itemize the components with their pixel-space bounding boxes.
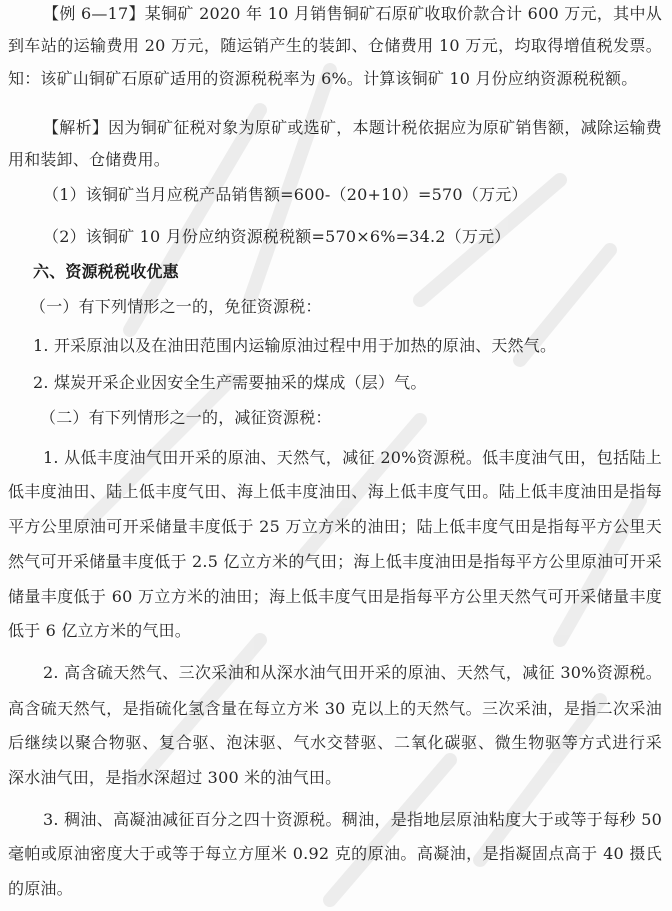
example-line: 到车站的运输费用 20 万元，随运销产生的装卸、仓储费用 10 万元，均取得增值… bbox=[8, 35, 662, 57]
exempt-heading: （一）有下列情形之一的，免征资源税： bbox=[30, 296, 322, 318]
section-title: 六、资源税税收优惠 bbox=[33, 261, 179, 283]
reduced-item-line: 储量丰度低于 60 万立方米的油田；海上低丰度气田是指每平方公里天然气可开采储量… bbox=[8, 586, 662, 608]
reduced-item-line: 3. 稠油、高凝油减征百分之四十资源税。稠油，是指地层原油粘度大于或等于每秒 5… bbox=[43, 809, 662, 831]
reduced-item-line: 毫帕或原油密度大于或等于每立方厘米 0.92 克的原油。高凝油，是指凝固点高于 … bbox=[8, 843, 662, 865]
reduced-item-line: 高含硫天然气，是指硫化氢含量在每立方米 30 克以上的天然气。三次采油，是指二次… bbox=[8, 698, 662, 720]
calculation-step: （2）该铜矿 10 月份应纳资源税税额=570×6%=34.2（万元） bbox=[43, 226, 510, 248]
calculation-step: （1）该铜矿当月应税产品销售额=600-（20+10）=570（万元） bbox=[43, 184, 528, 206]
document-page: 【例 6—17】某铜矿 2020 年 10 月销售铜矿石原矿收取价款合计 600… bbox=[0, 0, 672, 911]
reduced-item-line: 低丰度油田、陆上低丰度气田、海上低丰度油田、海上低丰度气田。陆上低丰度油田是指每 bbox=[8, 481, 662, 503]
reduced-item-line: 1. 从低丰度油气田开采的原油、天然气，减征 20%资源税。低丰度油气田，包括陆… bbox=[43, 447, 662, 469]
exempt-item: 2. 煤炭开采企业因安全生产需要抽采的煤成（层）气。 bbox=[33, 372, 427, 394]
example-line: 知：该矿山铜矿石原矿适用的资源税税率为 6%。计算该铜矿 10 月份应纳资源税税… bbox=[8, 68, 637, 90]
reduced-item-line: 2. 高含硫天然气、三次采油和从深水油气田开采的原油、天然气，减征 30%资源税… bbox=[43, 662, 662, 684]
reduced-item-line: 然气可开采储量丰度低于 2.5 亿立方米的气田；海上低丰度油田是指每平方公里原油… bbox=[8, 551, 662, 573]
reduced-item-line: 后继续以聚合物驱、复合驱、泡沫驱、气水交替驱、二氧化碳驱、微生物驱等方式进行采油… bbox=[8, 732, 662, 754]
reduced-item-line: 平方公里原油可开采储量丰度低于 25 万立方米的油田；陆上低丰度气田是指每平方公… bbox=[8, 516, 662, 538]
reduced-item-line: 的原油。 bbox=[8, 878, 73, 900]
example-line: 【例 6—17】某铜矿 2020 年 10 月销售铜矿石原矿收取价款合计 600… bbox=[43, 3, 662, 25]
reduced-item-line: 低于 6 亿立方米的气田。 bbox=[8, 620, 191, 642]
analysis-line: 【解析】因为铜矿征税对象为原矿或选矿，本题计税依据应为原矿销售额，减除运输费 bbox=[43, 117, 662, 139]
reduced-heading: （二）有下列情形之一的，减征资源税： bbox=[40, 407, 332, 429]
exempt-item: 1. 开采原油以及在油田范围内运输原油过程中用于加热的原油、天然气。 bbox=[33, 335, 556, 357]
reduced-item-line: 深水油气田，是指水深超过 300 米的油气田。 bbox=[8, 767, 341, 789]
analysis-line: 用和装卸、仓储费用。 bbox=[8, 149, 170, 171]
